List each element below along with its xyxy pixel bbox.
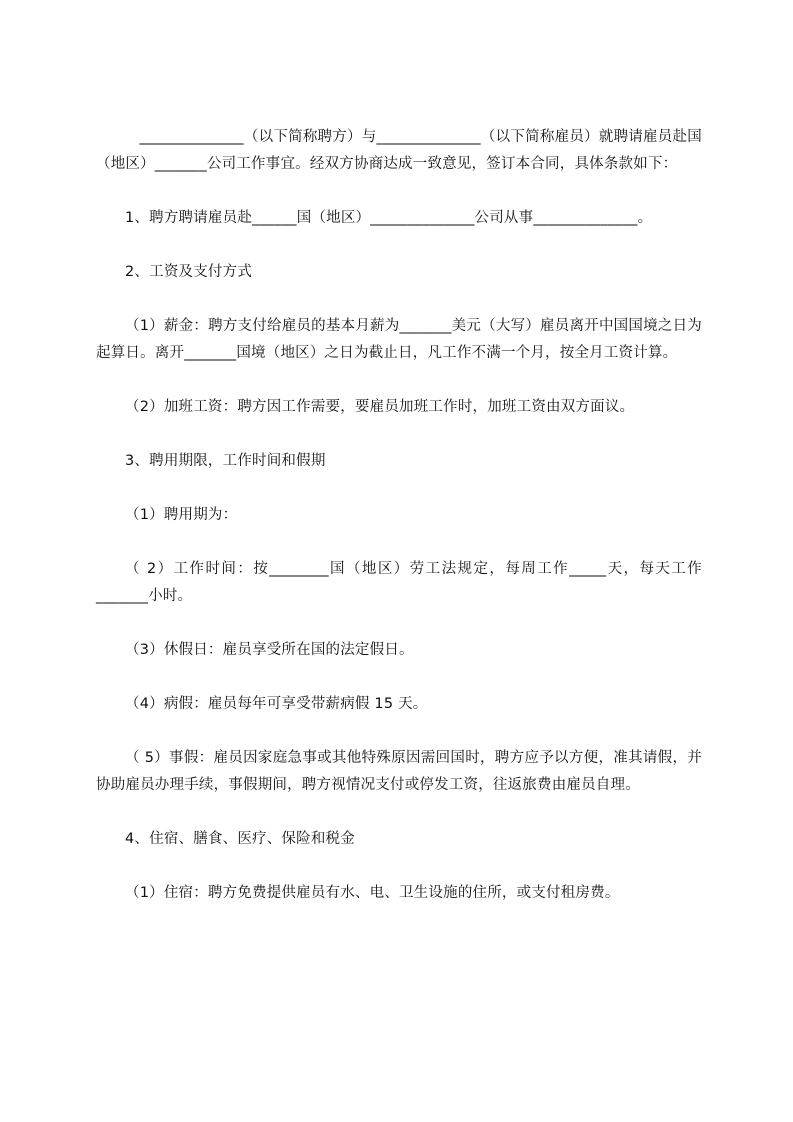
clause-1: 1、聘方聘请雇员赴______国（地区）______________公司从事__… [96,205,702,232]
clause-3-3: （3）休假日：雇员享受所在国的法定假日。 [96,637,702,664]
clause-2-title: 2、工资及支付方式 [96,259,702,286]
clause-3-2: （ 2）工作时间：按________国（地区）劳工法规定，每周工作_____天，… [96,556,702,610]
clause-3-4: （4）病假：雇员每年可享受带薪病假 15 天。 [96,691,702,718]
clause-3-title: 3、聘用期限，工作时间和假期 [96,448,702,475]
clause-2-2: （2）加班工资：聘方因工作需要，要雇员加班工作时，加班工资由双方面议。 [96,394,702,421]
clause-3-1: （1）聘用期为： [96,502,702,529]
intro-paragraph: ______________（以下简称聘方）与______________（以下… [96,124,702,178]
clause-4-1: （1）住宿：聘方免费提供雇员有水、电、卫生设施的住所，或支付租房费。 [96,880,702,907]
clause-2-1: （1）薪金：聘方支付给雇员的基本月薪为_______美元（大写）雇员离开中国国境… [96,313,702,367]
clause-3-5: （ 5）事假：雇员因家庭急事或其他特殊原因需回国时，聘方应予以方便，准其请假，并… [96,745,702,799]
contract-page: ______________（以下简称聘方）与______________（以下… [96,124,702,907]
clause-4-title: 4、住宿、膳食、医疗、保险和税金 [96,826,702,853]
